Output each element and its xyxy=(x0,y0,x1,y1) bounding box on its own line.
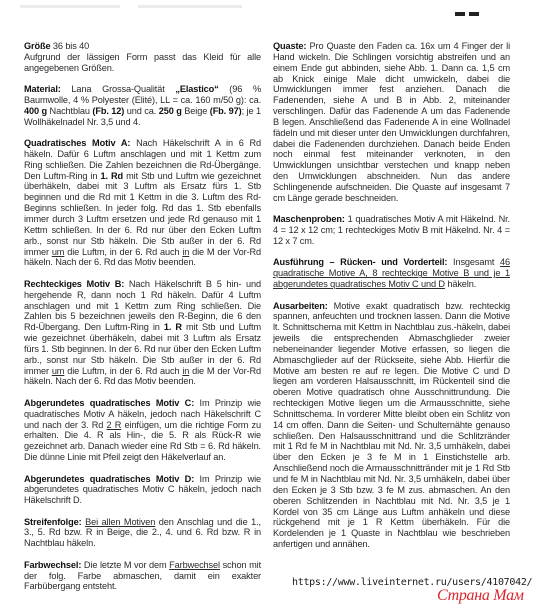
gauge-label: Maschenproben: xyxy=(273,214,345,224)
motiv-c-section: Abgerundetes quadratisches Motiv C: Im P… xyxy=(24,398,261,463)
tassel-section: Quaste: Pro Quaste den Faden ca. 16x um … xyxy=(273,41,510,204)
material-section: Material: Lana Grossa-Qualität „Elastico… xyxy=(24,84,261,127)
page-header xyxy=(0,0,545,14)
size-label: Größe xyxy=(24,41,50,51)
motiv-d-label: Abgerundetes quadratisches Motiv D: xyxy=(24,474,194,484)
right-column: Quaste: Pro Quaste den Faden ca. 16x um … xyxy=(273,41,510,561)
motiv-a-section: Quadratisches Motiv A: Nach Häkelschrift… xyxy=(24,138,261,268)
motiv-b-label: Rechteckiges Motiv B: xyxy=(24,279,124,289)
finishing-label: Ausarbeiten: xyxy=(273,301,328,311)
color-change-label: Farbwechsel: xyxy=(24,560,81,570)
tassel-label: Quaste: xyxy=(273,41,306,51)
execution-section: Ausführung – Rücken- und Vorderteil: Ins… xyxy=(273,257,510,290)
finishing-section: Ausarbeiten: Motive exakt quadratisch bz… xyxy=(273,301,510,550)
header-running-subtitle xyxy=(138,5,242,8)
left-column: Größe 36 bis 40 Aufgrund der lässigen Fo… xyxy=(24,41,261,603)
motiv-c-label: Abgerundetes quadratisches Motiv C: xyxy=(24,398,194,408)
material-label: Material: xyxy=(24,84,61,94)
header-running-title xyxy=(20,5,120,8)
size-text: Aufgrund der lässigen Form passt das Kle… xyxy=(24,52,261,73)
stripes-section: Streifenfolge: Bei allen Motiven den Ans… xyxy=(24,517,261,550)
yarn-name: „Elastico“ xyxy=(175,84,218,94)
gauge-section: Maschenproben: 1 quadratisches Motiv A m… xyxy=(273,214,510,247)
motiv-a-label: Quadratisches Motiv A: xyxy=(24,138,130,148)
color-change-section: Farbwechsel: Die letzte M vor dem Farbwe… xyxy=(24,560,261,593)
motiv-b-section: Rechteckiges Motiv B: Nach Häkelschrift … xyxy=(24,279,261,387)
watermark-logo: Страна Мам xyxy=(437,587,524,605)
motiv-d-section: Abgerundetes quadratisches Motiv D: Im P… xyxy=(24,474,261,507)
stripes-label: Streifenfolge: xyxy=(24,517,82,527)
page-number xyxy=(455,3,483,8)
size-section: Größe 36 bis 40 Aufgrund der lässigen Fo… xyxy=(24,41,261,74)
execution-label: Ausführung – Rücken- und Vorderteil: xyxy=(273,257,447,267)
